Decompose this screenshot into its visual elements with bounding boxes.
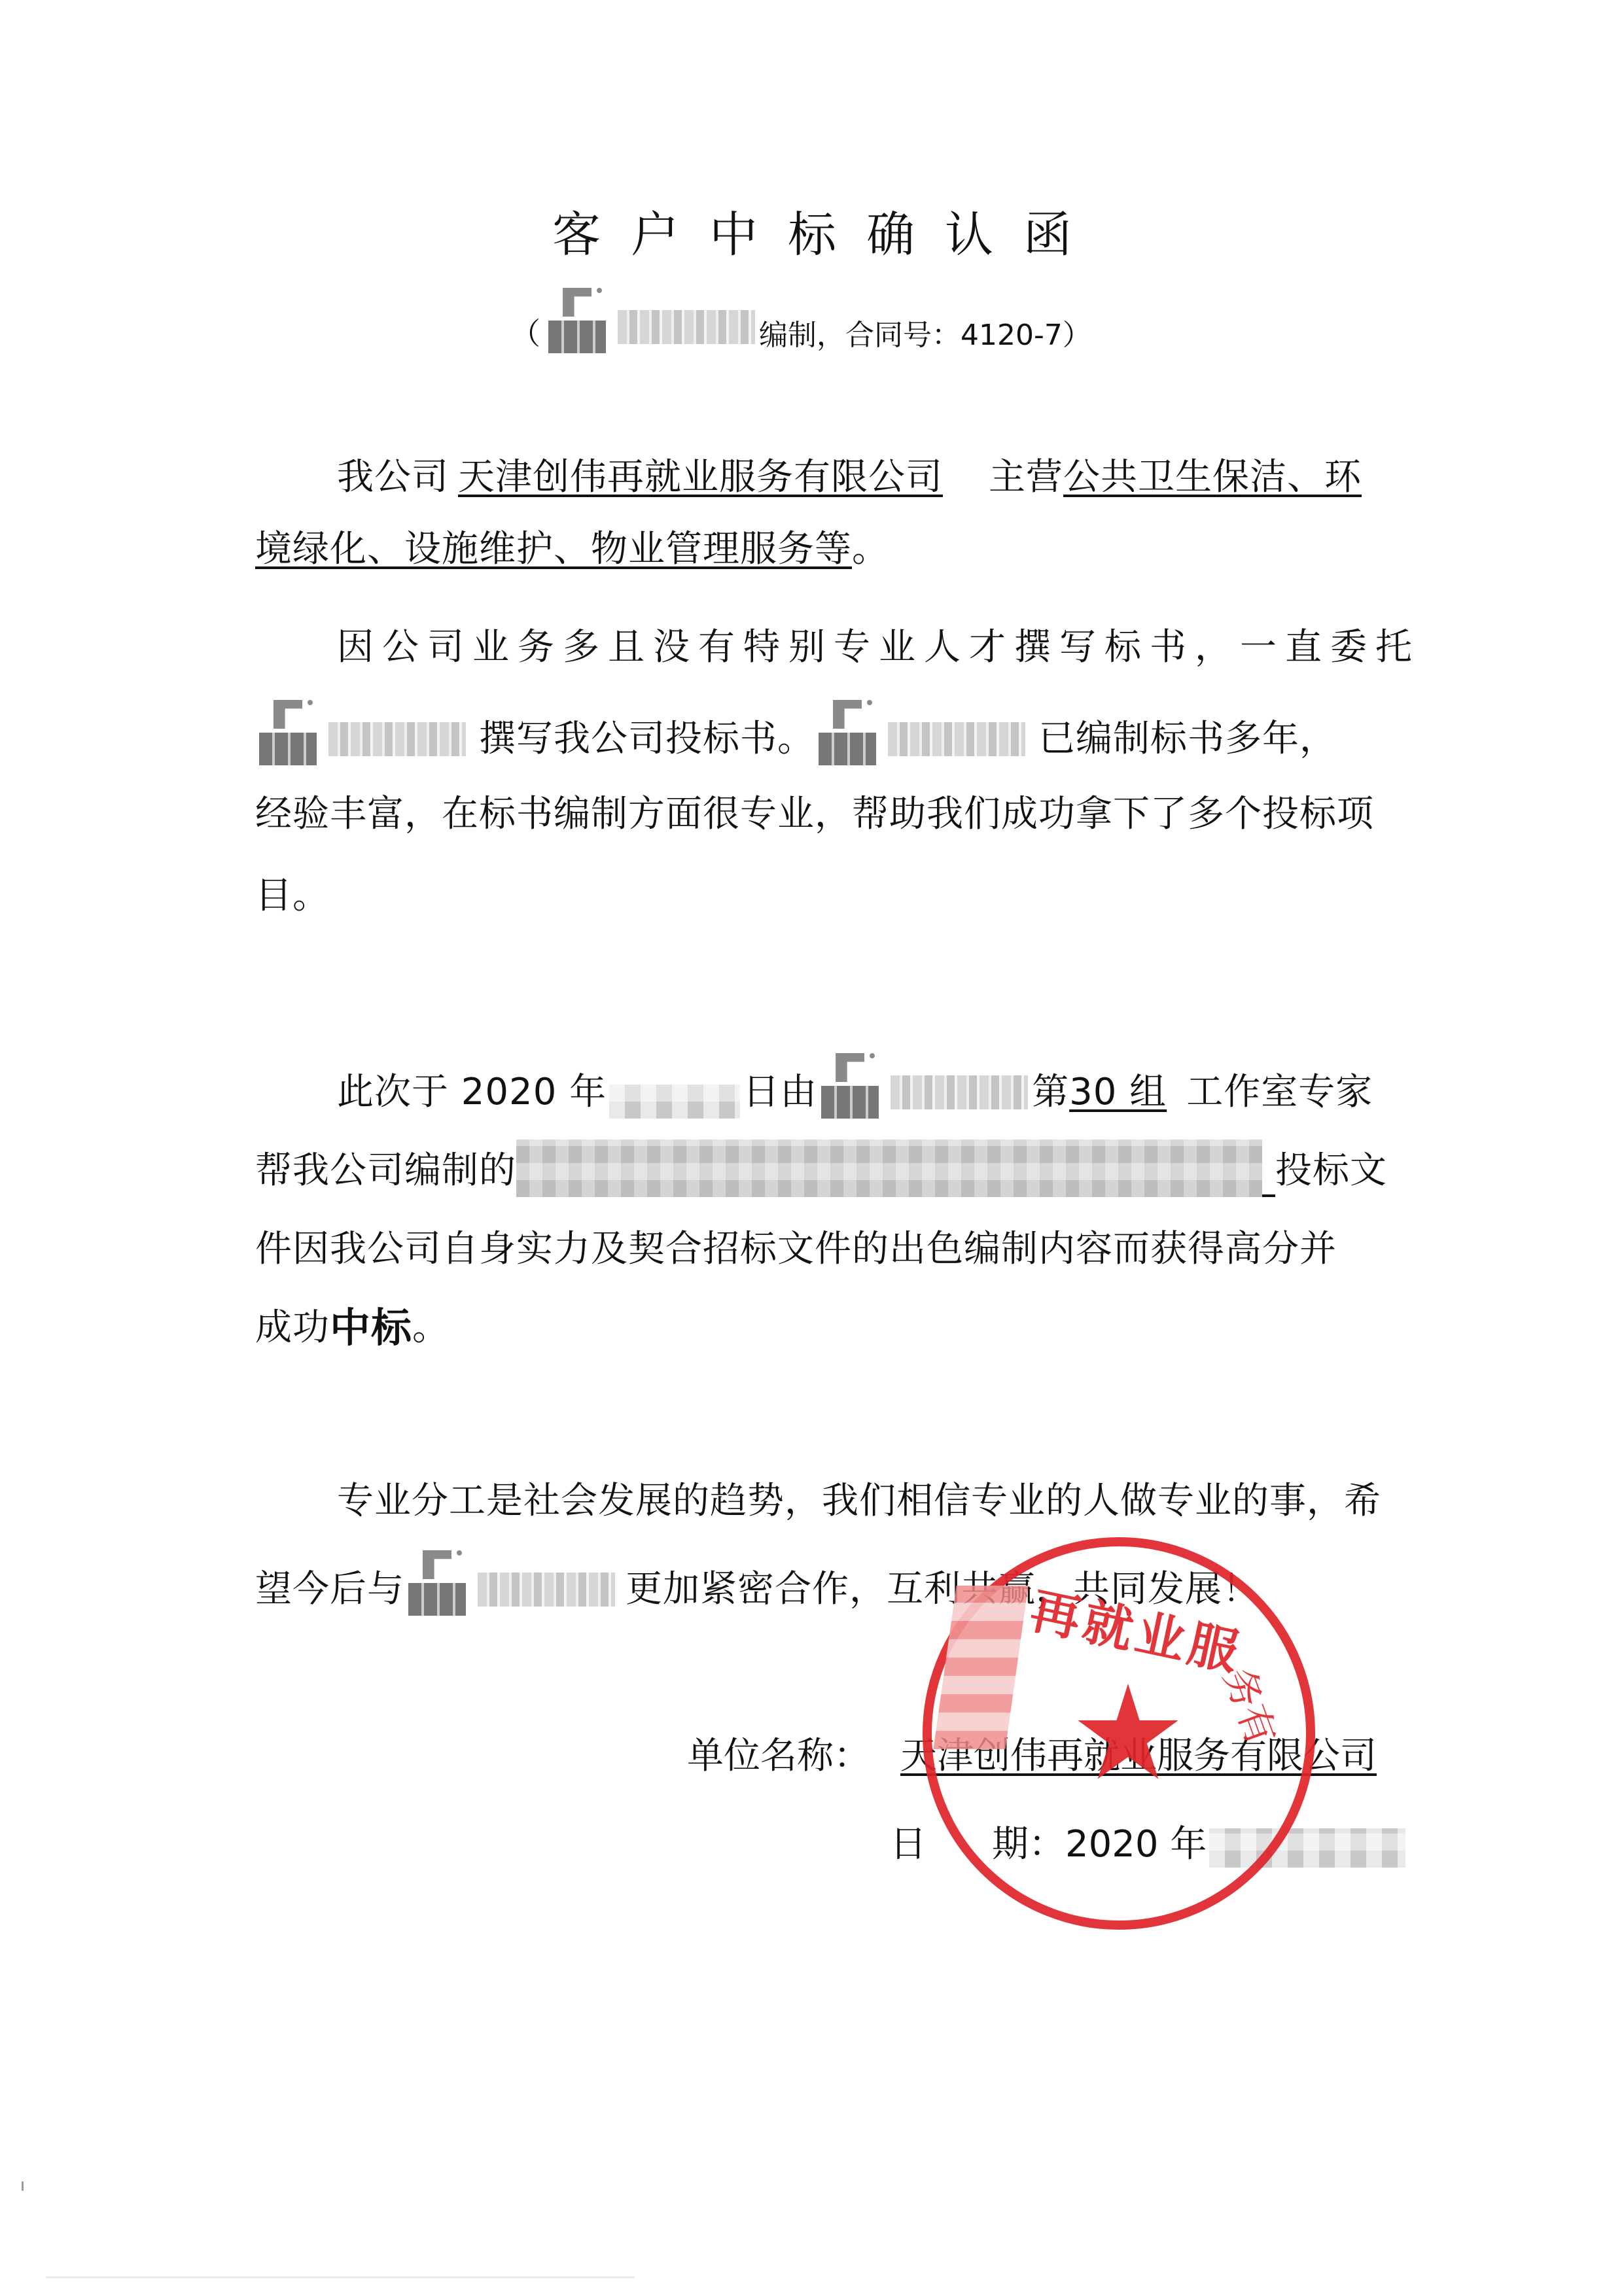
unit-label: 单位名称： — [687, 1727, 870, 1779]
document-title: 客户中标确认函 — [0, 196, 1624, 266]
p3-line2-b: 投标文 — [1275, 1145, 1387, 1197]
redacted-project-name — [516, 1139, 1262, 1197]
scan-edge-line — [46, 2276, 635, 2278]
p3-line3: 件因我公司自身实力及契合招标文件的出色编制内容而获得高分并 — [255, 1223, 1420, 1276]
business-scope-line2: 境绿化、设施维护、物业管理服务等 — [255, 523, 852, 576]
document-page: 客户中标确认函 （ 编制，合同号：4120-7） 我公司 天津创伟再就业服务有限… — [0, 0, 1624, 2296]
company-logo-icon — [548, 288, 755, 353]
subtitle-text: 编制，合同号：4120-7） — [759, 311, 1091, 353]
group-number: 30 组 — [1069, 1066, 1186, 1119]
p4-line2-a: 望今后与 — [255, 1563, 404, 1616]
p2-line1: 因公司业务多且没有特别专业人才撰写标书，一直委托 — [337, 621, 1502, 674]
p3-line4: 成功 中标 。 — [255, 1302, 1420, 1354]
date-row: 日 期： 2020 年 — [890, 1815, 1408, 1868]
company-logo-icon — [821, 1053, 1028, 1119]
redacted-date-block — [609, 1085, 740, 1119]
scan-speck — [22, 2182, 24, 2191]
unit-value: 天津创伟再就业服务有限公司 — [877, 1727, 1377, 1779]
p2-line2-a: 撰写我公司投标书。 — [479, 713, 815, 765]
business-scope-line1: 公共卫生保洁、环 — [1063, 451, 1362, 504]
date-label-1: 日 — [890, 1815, 927, 1868]
redacted-signature-date — [1209, 1828, 1405, 1868]
date-label-2: 期： — [992, 1815, 1065, 1868]
open-paren: （ — [510, 310, 540, 353]
unit-name-row: 单位名称： 天津创伟再就业服务有限公司 — [687, 1727, 1377, 1779]
p3-line1-d: 工作室专家 — [1186, 1066, 1373, 1119]
p2-line2: 撰写我公司投标书。 已编制标书多年， — [255, 693, 1420, 765]
p3-line1-a: 此次于 2020 年 — [337, 1066, 607, 1119]
p3-line1-b: 日由 — [743, 1066, 817, 1119]
company-logo-icon — [819, 700, 1025, 765]
p4-line2-b: 更加紧密合作，互利共赢，共同发展！ — [626, 1563, 1260, 1616]
p3-line2: 帮我公司编制的 投标文 — [255, 1132, 1420, 1197]
p2-line3: 经验丰富，在标书编制方面很专业，帮助我们成功拿下了多个投标项 — [255, 788, 1420, 841]
company-logo-icon — [408, 1550, 615, 1616]
p3-line1: 此次于 2020 年 日由 第 30 组 工作室专家 — [337, 1047, 1502, 1119]
p3-line4-a: 成功 — [255, 1302, 330, 1354]
p2-line2-b: 已编制标书多年， — [1038, 713, 1337, 765]
subtitle-line: （ 编制，合同号：4120-7） — [510, 288, 1091, 353]
company-logo-icon — [259, 700, 466, 765]
date-value: 2020 年 — [1065, 1815, 1207, 1868]
p1-lead: 我公司 — [337, 451, 449, 504]
p4-line2: 望今后与 更加紧密合作，互利共赢，共同发展！ — [255, 1544, 1420, 1616]
p1-mid: 主营 — [989, 451, 1063, 504]
p4-line1: 专业分工是社会发展的趋势，我们相信专业的人做专业的事，希 — [337, 1475, 1502, 1527]
p1-end: 。 — [852, 523, 889, 576]
company-name-underlined: 天津创伟再就业服务有限公司 — [449, 451, 989, 504]
win-bid-emphasis: 中标 — [330, 1302, 412, 1354]
underline-blank — [1262, 1154, 1275, 1197]
p1-line2: 境绿化、设施维护、物业管理服务等 。 — [255, 523, 1420, 576]
p3-line1-c: 第 — [1032, 1066, 1069, 1119]
p3-line2-a: 帮我公司编制的 — [255, 1145, 516, 1197]
p3-line4-end: 。 — [412, 1302, 450, 1354]
p2-line4: 目。 — [255, 870, 1420, 922]
p1-line1: 我公司 天津创伟再就业服务有限公司 主营 公共卫生保洁、环 — [337, 451, 1502, 504]
